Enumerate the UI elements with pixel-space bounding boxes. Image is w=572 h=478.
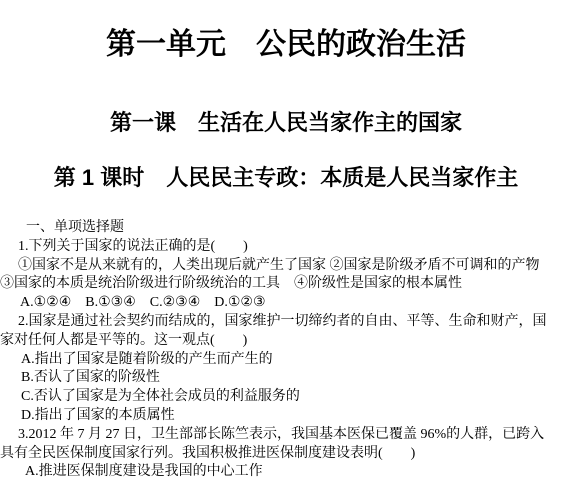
question-1-options: A.①②④ B.①③④ C.②③④ D.①②③ bbox=[0, 294, 572, 313]
question-2-option-c: C.否认了国家是为全体社会成员的利益服务的 bbox=[0, 388, 572, 407]
unit-title: 第一单元 公民的政治生活 bbox=[0, 28, 572, 62]
period-title: 第 1 课时 人民民主专政：本质是人民当家作主 bbox=[0, 166, 572, 190]
question-2-stem-line-2: 家对任何人都是平等的。这一观点( ) bbox=[0, 332, 572, 351]
question-3-stem-line-1: 3.2012 年 7 月 27 日，卫生部部长陈竺表示，我国基本医保已覆盖 96… bbox=[0, 426, 572, 445]
question-1-items-line-2: ③国家的本质是统治阶级进行阶级统治的工具 ④阶级性是国家的根本属性 bbox=[0, 275, 572, 294]
question-1-stem: 1.下列关于国家的说法正确的是( ) bbox=[0, 238, 572, 257]
question-2-option-a: A.指出了国家是随着阶级的产生而产生的 bbox=[0, 351, 572, 370]
question-3-option-a: A.推进医保制度建设是我国的中心工作 bbox=[0, 463, 572, 478]
question-2-option-d: D.指出了国家的本质属性 bbox=[0, 407, 572, 426]
question-1-items-line-1: ①国家不是从来就有的，人类出现后就产生了国家 ②国家是阶级矛盾不可调和的产物 bbox=[0, 257, 572, 276]
lesson-title: 第一课 生活在人民当家作主的国家 bbox=[0, 111, 572, 135]
question-2-option-b: B.否认了国家的阶级性 bbox=[0, 369, 572, 388]
question-body: 一、单项选择题 1.下列关于国家的说法正确的是( ) ①国家不是从来就有的，人类… bbox=[0, 219, 572, 478]
question-3-stem-line-2: 具有全民医保制度国家行列。我国积极推进医保制度建设表明( ) bbox=[0, 445, 572, 464]
document-page: 第一单元 公民的政治生活 第一课 生活在人民当家作主的国家 第 1 课时 人民民… bbox=[0, 0, 572, 478]
section-heading: 一、单项选择题 bbox=[0, 219, 572, 238]
question-2-stem-line-1: 2.国家是通过社会契约而结成的，国家维护一切缔约者的自由、平等、生命和财产，国 bbox=[0, 313, 572, 332]
